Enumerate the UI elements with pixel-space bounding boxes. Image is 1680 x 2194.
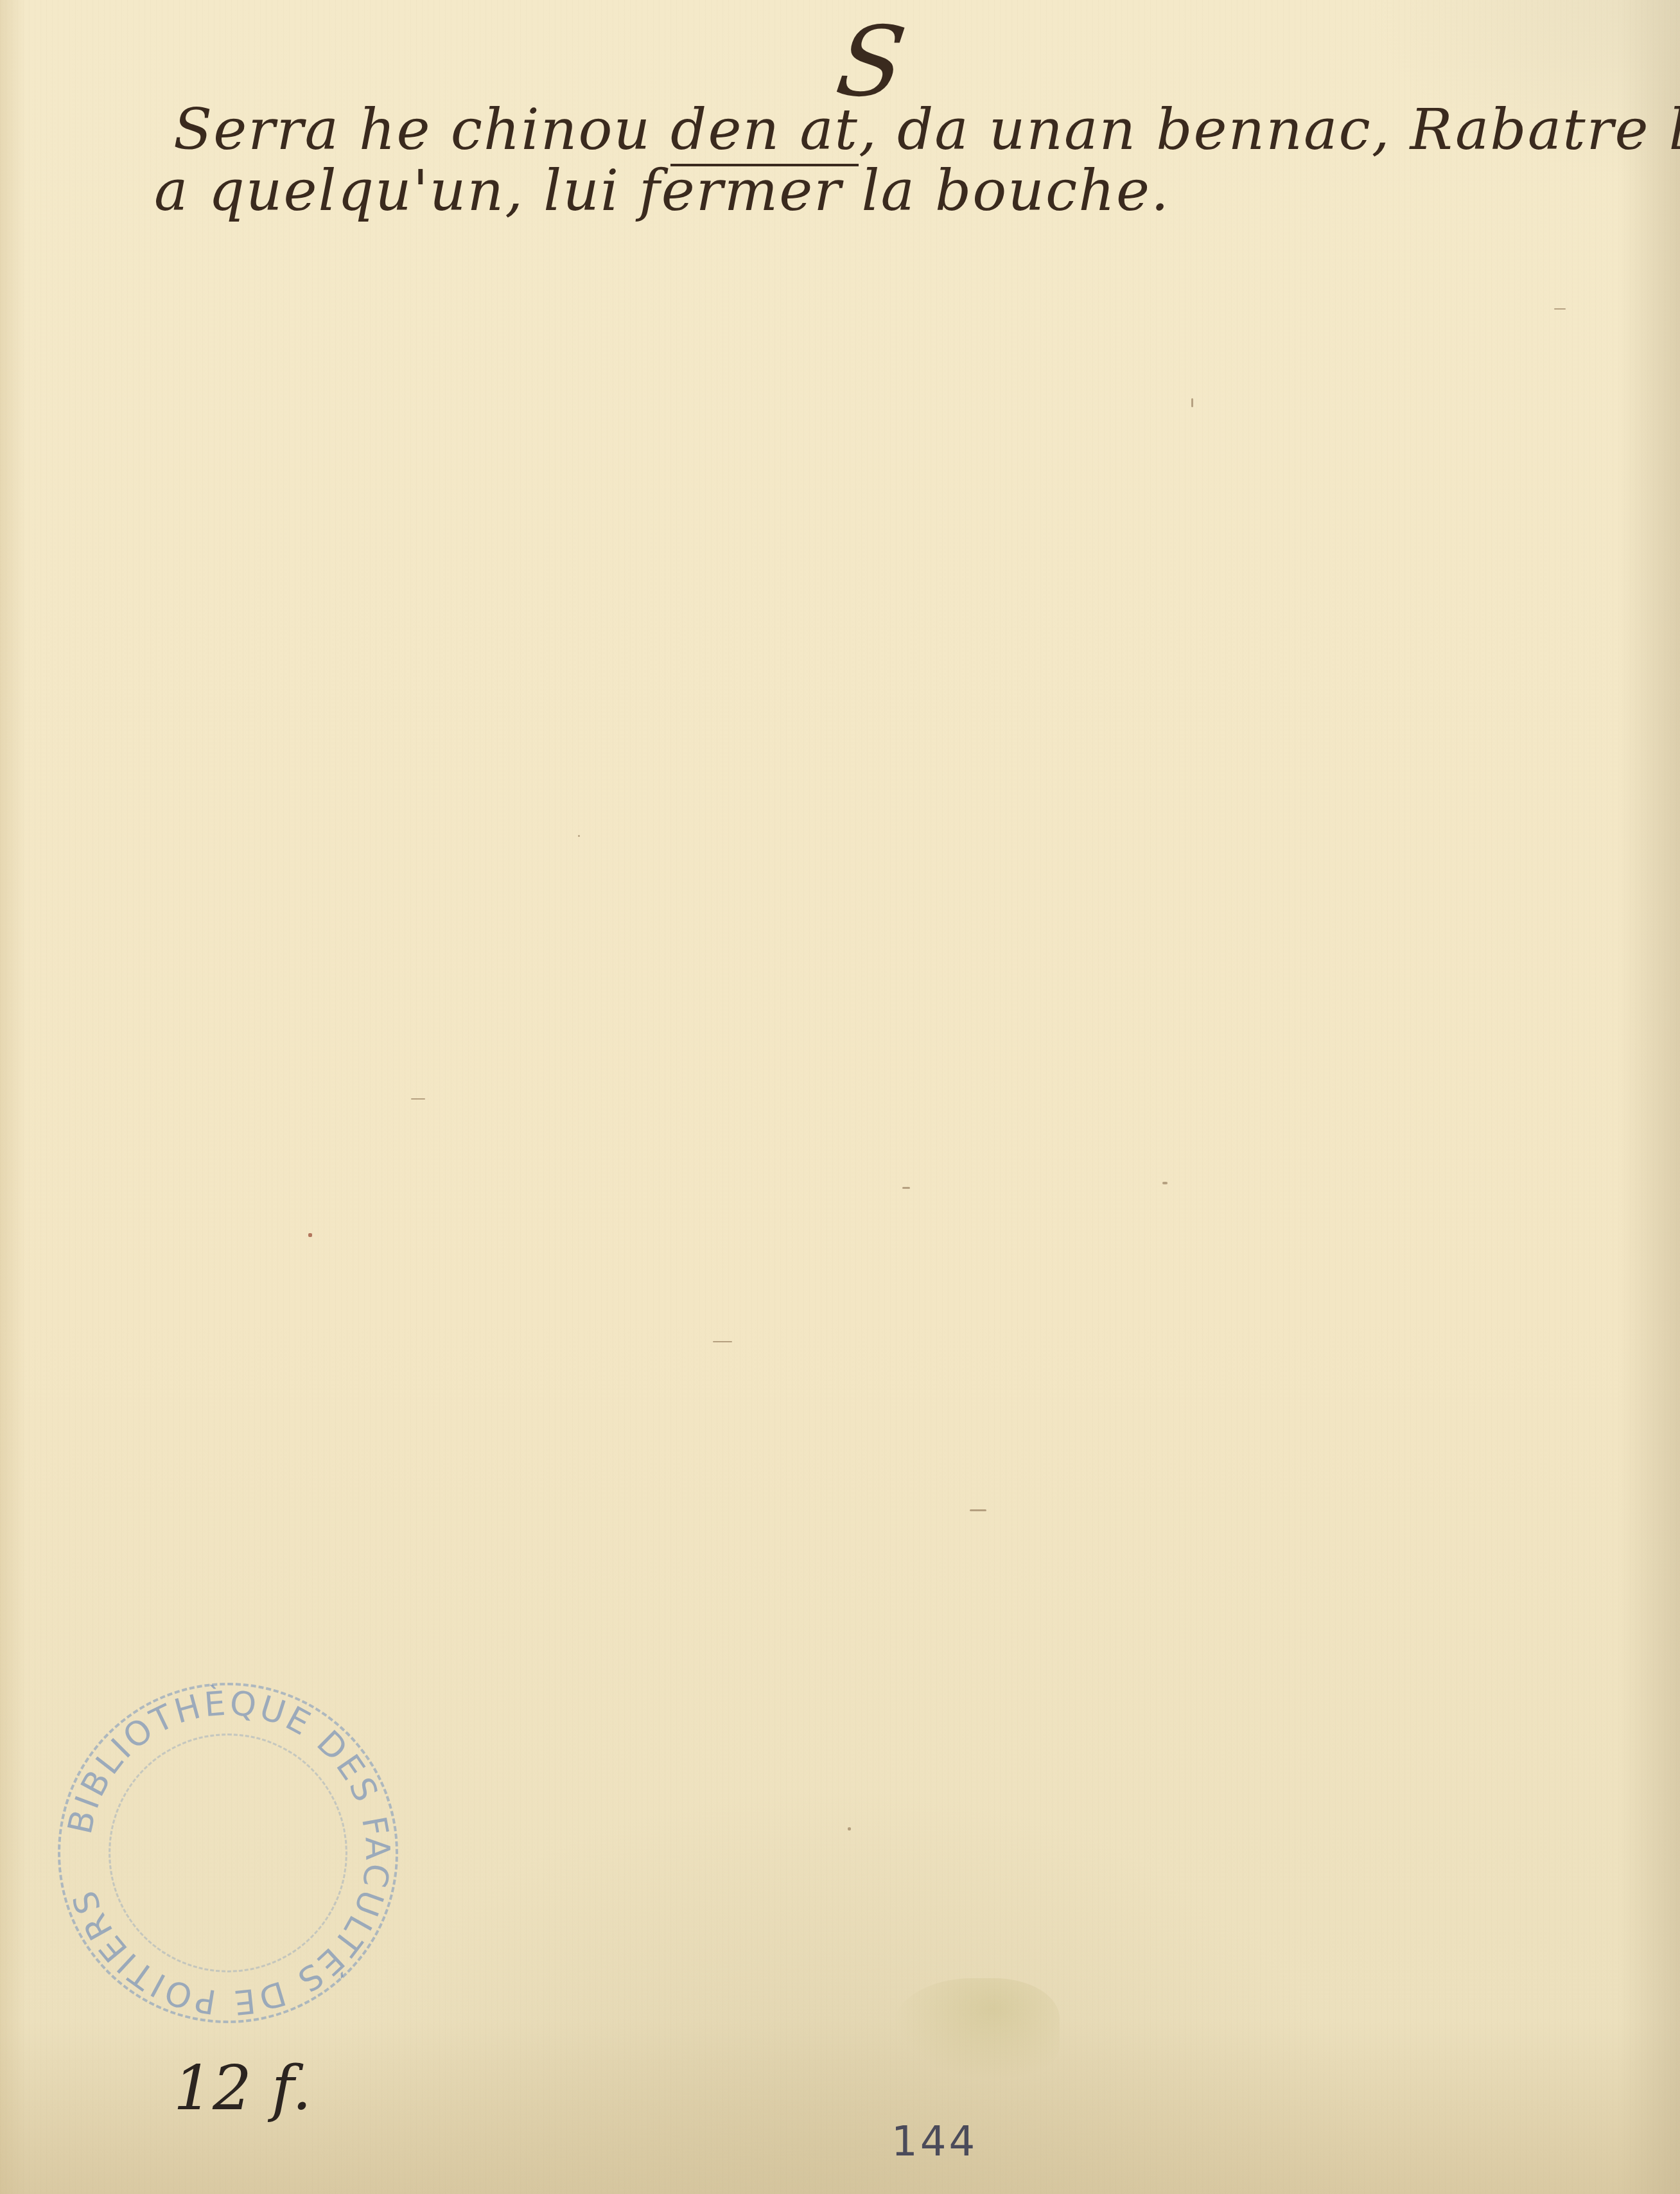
manuscript-line-1: Serra he chinou den at, da unan bennac, … (173, 96, 1680, 162)
library-stamp: BIBLIOTHÈQUE DES FACULTÉS DE POITIERS (58, 1683, 398, 2023)
line-1-end: , da unan bennac, Rabatre le caquet (859, 96, 1680, 162)
line-1-start: Serra he chinou (173, 96, 670, 162)
price-annotation: 12 f. (173, 2052, 311, 2124)
stamp-circular-text: BIBLIOTHÈQUE DES FACULTÉS DE POITIERS (58, 1683, 398, 2023)
stamp-text: BIBLIOTHÈQUE DES FACULTÉS DE POITIERS (61, 1683, 396, 2021)
line-1-underlined-word: den at (670, 96, 859, 166)
folio-number: 144 (891, 2118, 977, 2166)
manuscript-line-2: a quelqu'un, lui fermer la bouche. (154, 157, 1170, 224)
